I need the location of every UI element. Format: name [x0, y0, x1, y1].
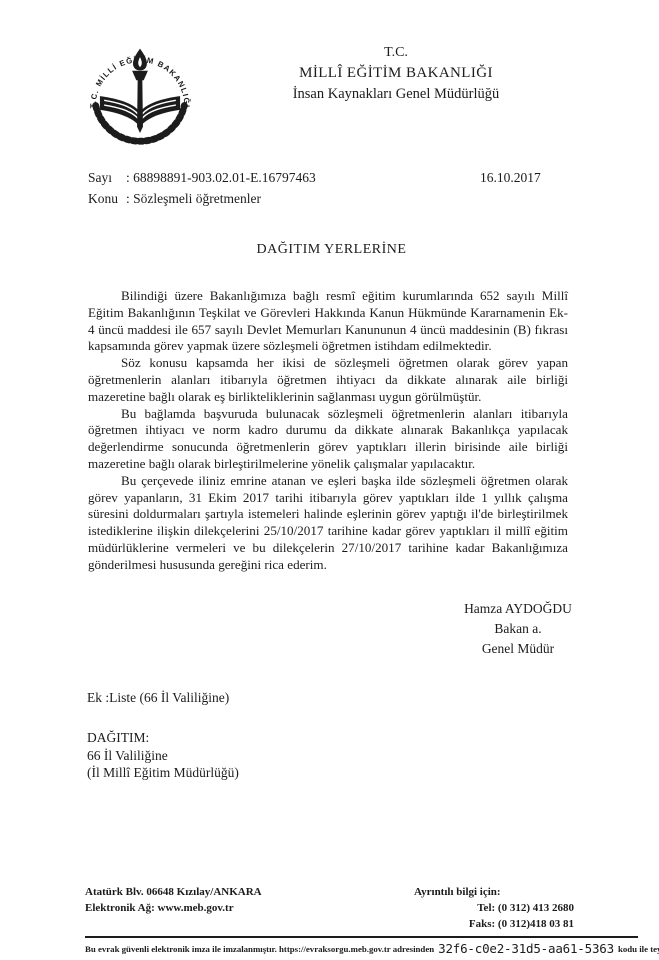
verification-line: Bu evrak güvenli elektronik imza ile imz… — [85, 941, 645, 956]
sayi-value: : 68898891-903.02.01-E.16797463 — [126, 167, 316, 188]
sayi-label: Sayı — [88, 167, 126, 188]
letter-footer: Atatürk Blv. 06648 Kızılay/ANKARA Elektr… — [0, 884, 659, 956]
footer-fax: Faks: (0 312)418 03 81 — [414, 916, 574, 932]
distribution-heading: DAĞITIM: — [87, 729, 239, 747]
document-meta: Sayı : 68898891-903.02.01-E.16797463 Kon… — [88, 167, 588, 209]
body-paragraph-4: Bu çerçevede iliniz emrine atanan ve eşl… — [88, 473, 568, 574]
letterhead-tc: T.C. — [200, 42, 592, 63]
signer-title-2: Genel Müdür — [418, 639, 618, 659]
konu-label: Konu — [88, 188, 126, 209]
distribution-line-1: 66 İl Valiliğine — [87, 747, 239, 765]
signer-title-1: Bakan a. — [418, 619, 618, 639]
konu-value: : Sözleşmeli öğretmenler — [126, 188, 261, 209]
body-paragraph-1: Bilindiği üzere Bakanlığımıza bağlı resm… — [88, 288, 568, 355]
verification-prefix: Bu evrak güvenli elektronik imza ile imz… — [85, 944, 434, 954]
torch-cup — [132, 71, 148, 80]
addressee-line: DAĞITIM YERLERİNE — [88, 242, 575, 258]
scanned-official-letter: T.C. MİLLİ EĞİTİM BAKANLIĞI T.C. MİLLÎ E… — [0, 0, 659, 960]
meb-emblem-logo: T.C. MİLLİ EĞİTİM BAKANLIĞI — [82, 36, 198, 152]
konu-row: Konu : Sözleşmeli öğretmenler — [88, 188, 588, 209]
footer-contact: Ayrıntılı bilgi için: Tel: (0 312) 413 2… — [414, 884, 574, 932]
footer-address-line-2: Elektronik Ağ: www.meb.gov.tr — [85, 900, 262, 916]
verification-suffix: kodu ile teyit edilebilir. — [618, 944, 659, 954]
attachment-line: Ek :Liste (66 İl Valiliğine) — [87, 690, 229, 706]
distribution-line-2: (İl Millî Eğitim Müdürlüğü) — [87, 764, 239, 782]
footer-info-label: Ayrıntılı bilgi için: — [414, 884, 574, 900]
footer-divider — [85, 936, 638, 938]
footer-tel: Tel: (0 312) 413 2680 — [414, 900, 574, 916]
letterhead-department: İnsan Kaynakları Genel Müdürlüğü — [200, 84, 592, 105]
footer-columns: Atatürk Blv. 06648 Kızılay/ANKARA Elektr… — [0, 884, 659, 932]
letter-body: Bilindiği üzere Bakanlığımıza bağlı resm… — [88, 288, 568, 574]
footer-address: Atatürk Blv. 06648 Kızılay/ANKARA Elektr… — [85, 884, 262, 932]
document-date: 16.10.2017 — [480, 167, 541, 188]
verification-code: 32f6-c0e2-31d5-aa61-5363 — [438, 941, 614, 956]
signature-block: Hamza AYDOĞDU Bakan a. Genel Müdür — [418, 599, 618, 659]
body-paragraph-2: Söz konusu kapsamda her ikisi de sözleşm… — [88, 355, 568, 405]
letterhead: T.C. MİLLÎ EĞİTİM BAKANLIĞI İnsan Kaynak… — [200, 42, 592, 105]
signer-name: Hamza AYDOĞDU — [418, 599, 618, 619]
distribution-block: DAĞITIM: 66 İl Valiliğine (İl Millî Eğit… — [87, 729, 239, 782]
footer-address-line-1: Atatürk Blv. 06648 Kızılay/ANKARA — [85, 884, 262, 900]
meb-emblem-icon: T.C. MİLLİ EĞİTİM BAKANLIĞI — [82, 36, 198, 152]
body-paragraph-3: Bu bağlamda başvuruda bulunacak sözleşme… — [88, 406, 568, 473]
letterhead-ministry: MİLLÎ EĞİTİM BAKANLIĞI — [200, 63, 592, 84]
torch-stem — [137, 79, 143, 133]
